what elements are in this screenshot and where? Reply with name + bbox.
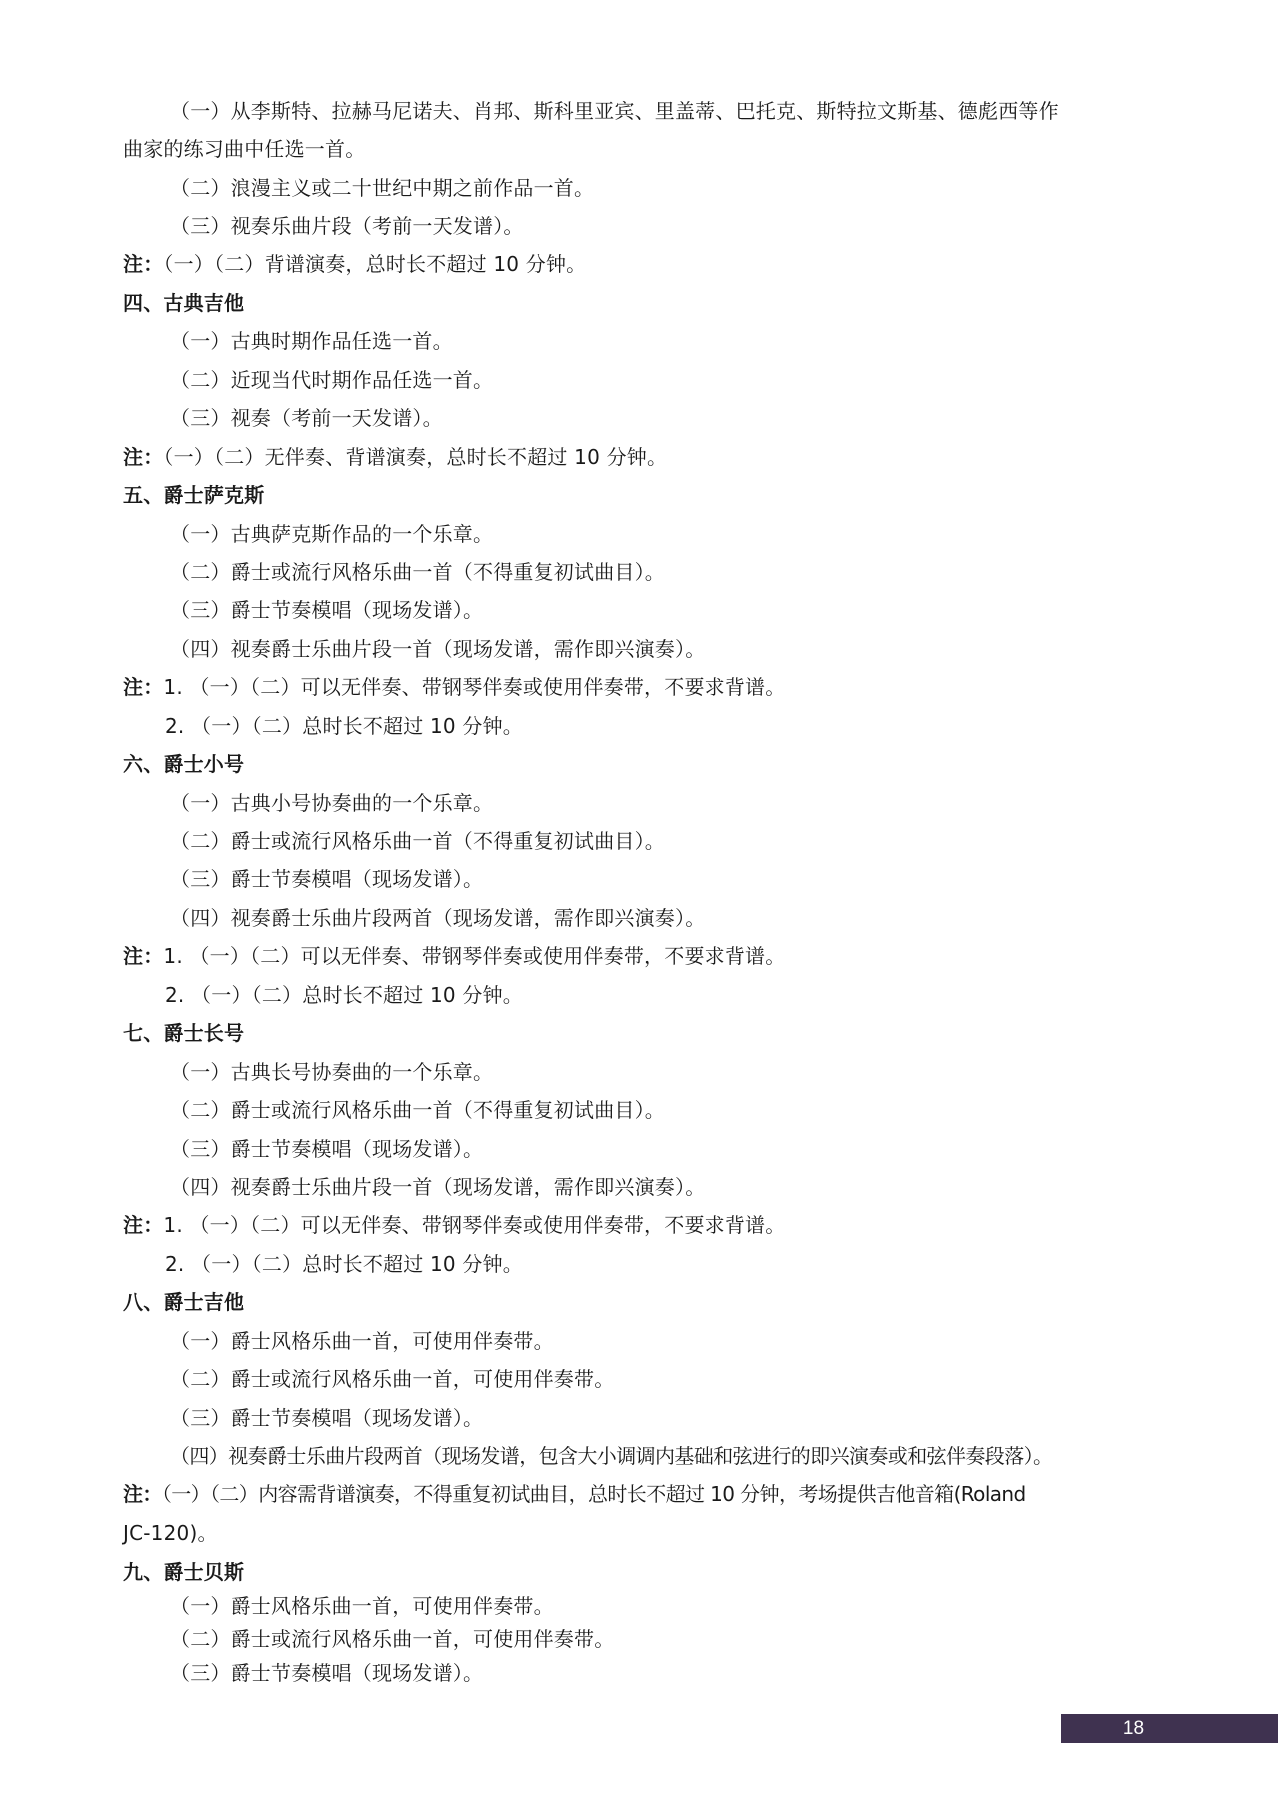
list-item: （三）视奏（考前一天发谱）。 [170, 405, 1210, 431]
section-heading: 五、爵士萨克斯 [123, 482, 1163, 508]
note-continuation: 2. （一）（二）总时长不超过 10 分钟。 [165, 1251, 1205, 1277]
list-item: （三）爵士节奏模唱（现场发谱）。 [170, 1405, 1210, 1431]
list-item: （二）爵士或流行风格乐曲一首（不得重复初试曲目）。 [170, 828, 1210, 854]
list-item: （一）古典萨克斯作品的一个乐章。 [170, 521, 1210, 547]
section-heading: 八、爵士吉他 [123, 1289, 1163, 1315]
note: 注：（一）（二）背谱演奏，总时长不超过 10 分钟。 [123, 251, 1163, 277]
note-label: 注： [123, 445, 163, 469]
list-item: （一）爵士风格乐曲一首，可使用伴奏带。 [170, 1593, 1210, 1619]
list-item: （三）爵士节奏模唱（现场发谱）。 [170, 597, 1210, 623]
note-text: （一）（二）无伴奏、背谱演奏，总时长不超过 10 分钟。 [163, 445, 667, 469]
note-text: 1. （一）（二）可以无伴奏、带钢琴伴奏或使用伴奏带，不要求背谱。 [163, 944, 785, 968]
list-item: （三）视奏乐曲片段（考前一天发谱）。 [170, 213, 1210, 239]
note: 注：1. （一）（二）可以无伴奏、带钢琴伴奏或使用伴奏带，不要求背谱。 [123, 943, 1163, 969]
note-text: （一）（二）内容需背谱演奏，不得重复初试曲目，总时长不超过 10 分钟，考场提供… [162, 1482, 1026, 1506]
note-continuation: 2. （一）（二）总时长不超过 10 分钟。 [165, 982, 1205, 1008]
list-item: （一）古典时期作品任选一首。 [170, 328, 1210, 354]
section-heading: 四、古典吉他 [123, 290, 1163, 316]
note-text: 1. （一）（二）可以无伴奏、带钢琴伴奏或使用伴奏带，不要求背谱。 [163, 1213, 785, 1237]
list-item: （三）爵士节奏模唱（现场发谱）。 [170, 1136, 1210, 1162]
list-item: （二）爵士或流行风格乐曲一首，可使用伴奏带。 [170, 1366, 1210, 1392]
page-number-bar: 18 [1061, 1714, 1278, 1743]
list-item: （三）爵士节奏模唱（现场发谱）。 [170, 866, 1210, 892]
list-item: （四）视奏爵士乐曲片段两首（现场发谱，包含大小调调内基础和弦进行的即兴演奏或和弦… [170, 1443, 1210, 1469]
note-label: 注： [123, 1213, 163, 1237]
section-heading: 九、爵士贝斯 [123, 1559, 1163, 1585]
list-item: （一）爵士风格乐曲一首，可使用伴奏带。 [170, 1328, 1210, 1354]
note-label: 注： [123, 252, 163, 276]
list-item: （一）古典长号协奏曲的一个乐章。 [170, 1059, 1210, 1085]
list-item: （四）视奏爵士乐曲片段两首（现场发谱，需作即兴演奏）。 [170, 905, 1210, 931]
note: 注：（一）（二）无伴奏、背谱演奏，总时长不超过 10 分钟。 [123, 444, 1163, 470]
document-page: （一）从李斯特、拉赫马尼诺夫、肖邦、斯科里亚宾、里盖蒂、巴托克、斯特拉文斯基、德… [0, 0, 1280, 1810]
note-label: 注： [123, 675, 163, 699]
list-item: （二）近现当代时期作品任选一首。 [170, 367, 1210, 393]
list-item: （二）爵士或流行风格乐曲一首，可使用伴奏带。 [170, 1626, 1210, 1652]
list-item: （二）爵士或流行风格乐曲一首（不得重复初试曲目）。 [170, 559, 1210, 585]
note-continuation: JC-120)。 [123, 1520, 1163, 1546]
list-item-continuation: 曲家的练习曲中任选一首。 [123, 136, 1163, 162]
note-text: 1. （一）（二）可以无伴奏、带钢琴伴奏或使用伴奏带，不要求背谱。 [163, 675, 785, 699]
note-continuation: 2. （一）（二）总时长不超过 10 分钟。 [165, 713, 1205, 739]
note-text: （一）（二）背谱演奏，总时长不超过 10 分钟。 [163, 252, 586, 276]
note: 注：（一）（二）内容需背谱演奏，不得重复初试曲目，总时长不超过 10 分钟，考场… [123, 1481, 1163, 1507]
note-label: 注： [123, 1482, 162, 1506]
section-heading: 六、爵士小号 [123, 751, 1163, 777]
list-item: （四）视奏爵士乐曲片段一首（现场发谱，需作即兴演奏）。 [170, 636, 1210, 662]
list-item: （二）爵士或流行风格乐曲一首（不得重复初试曲目）。 [170, 1097, 1210, 1123]
list-item: （一）从李斯特、拉赫马尼诺夫、肖邦、斯科里亚宾、里盖蒂、巴托克、斯特拉文斯基、德… [170, 98, 1210, 124]
page-number: 18 [1123, 1718, 1144, 1740]
list-item: （三）爵士节奏模唱（现场发谱）。 [170, 1660, 1210, 1686]
list-item: （一）古典小号协奏曲的一个乐章。 [170, 790, 1210, 816]
note: 注：1. （一）（二）可以无伴奏、带钢琴伴奏或使用伴奏带，不要求背谱。 [123, 674, 1163, 700]
note-label: 注： [123, 944, 163, 968]
list-item: （四）视奏爵士乐曲片段一首（现场发谱，需作即兴演奏）。 [170, 1174, 1210, 1200]
section-heading: 七、爵士长号 [123, 1020, 1163, 1046]
note: 注：1. （一）（二）可以无伴奏、带钢琴伴奏或使用伴奏带，不要求背谱。 [123, 1212, 1163, 1238]
list-item: （二）浪漫主义或二十世纪中期之前作品一首。 [170, 175, 1210, 201]
